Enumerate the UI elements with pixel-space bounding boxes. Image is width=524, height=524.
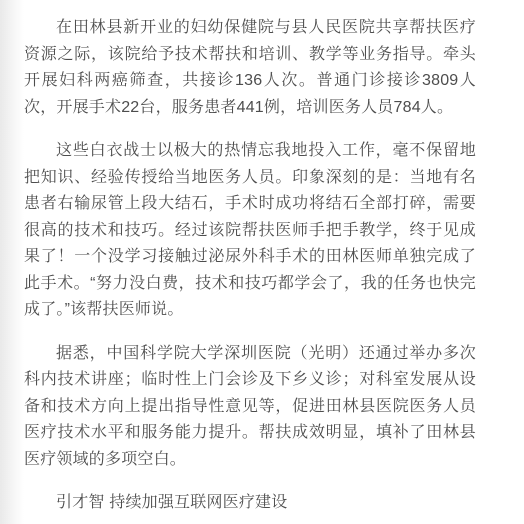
page-left-shadow (0, 0, 24, 524)
subheading-internet-healthcare: 引才智 持续加强互联网医疗建设 (24, 490, 476, 517)
article-body: 在田林县新开业的妇幼保健院与县人民医院共享帮扶医疗资源之际，该院给予技术帮扶和培… (24, 0, 476, 517)
article-page: 在田林县新开业的妇幼保健院与县人民医院共享帮扶医疗资源之际，该院给予技术帮扶和培… (0, 0, 524, 524)
paragraph-doctors-dedication: 这些白衣战士以极大的热情忘我地投入工作，毫不保留地把知识、经验传授给当地医务人员… (24, 138, 476, 324)
paragraph-medical-aid-overview: 在田林县新开业的妇幼保健院与县人民医院共享帮扶医疗资源之际，该院给予技术帮扶和培… (24, 15, 476, 121)
paragraph-hospital-support-summary: 据悉，中国科学院大学深圳医院（光明）还通过举办多次科内技术讲座；临时性上门会诊及… (24, 341, 476, 474)
